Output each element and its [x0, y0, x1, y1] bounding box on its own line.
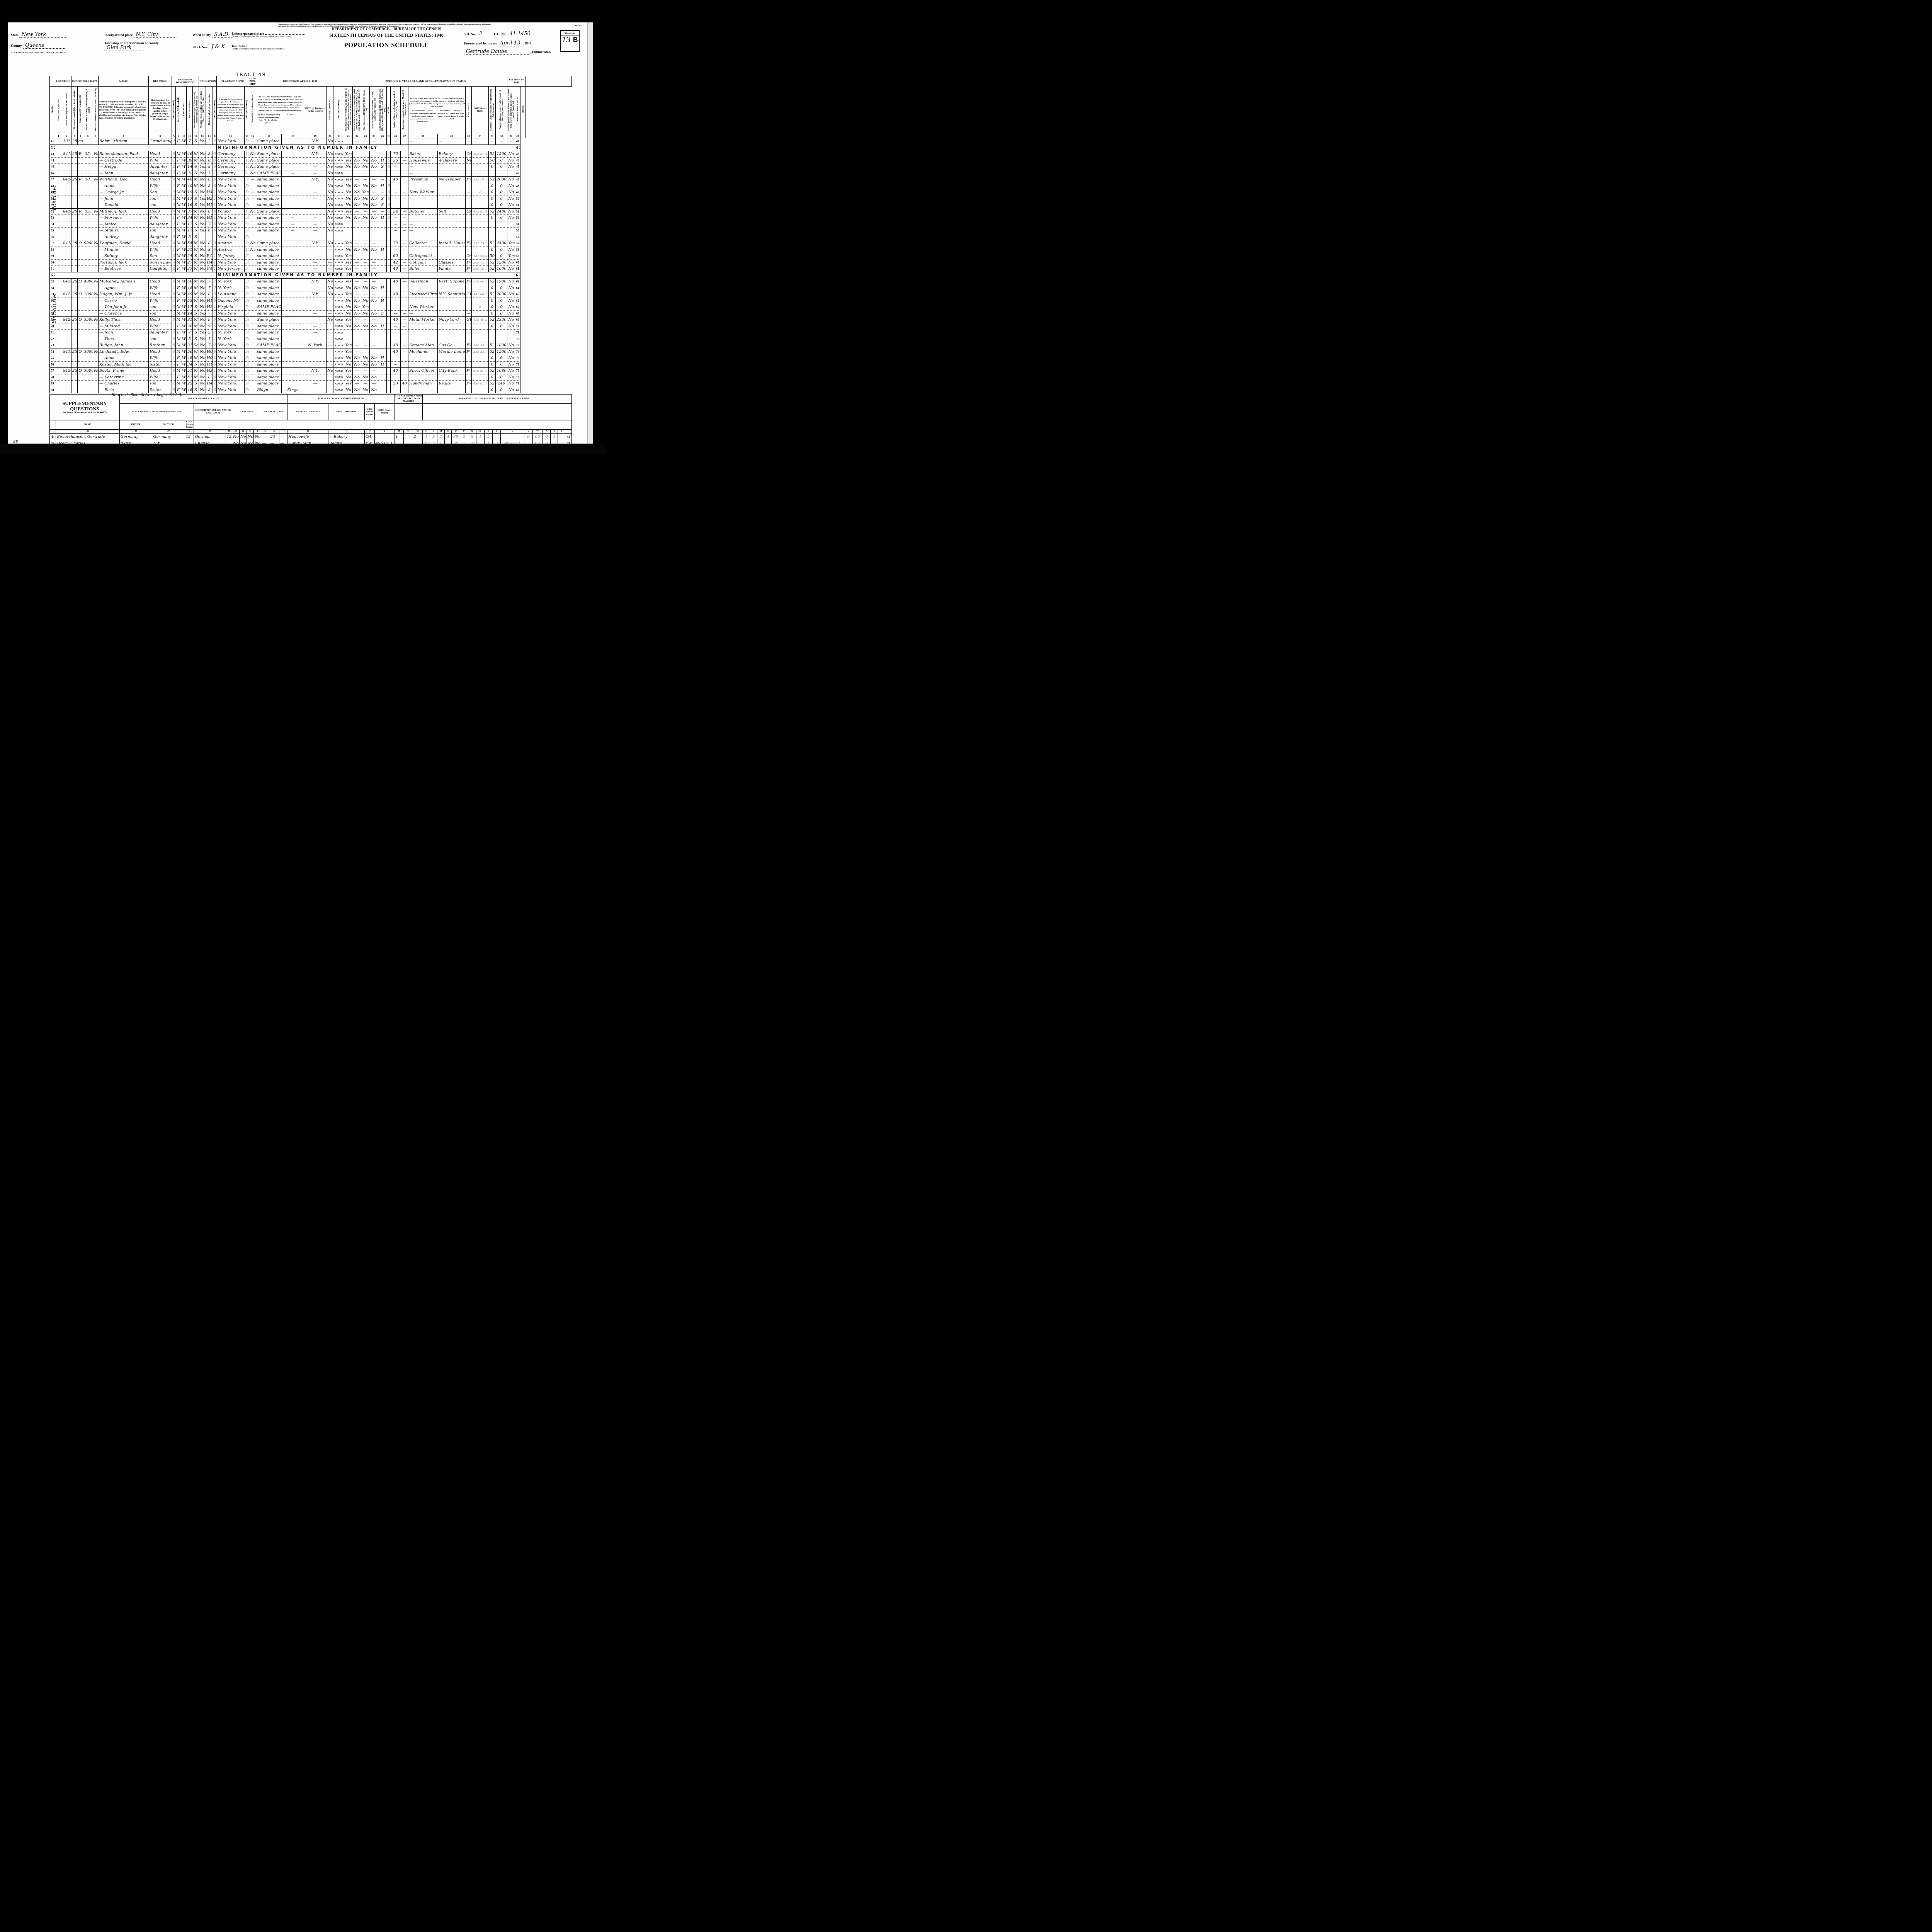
cell-street — [55, 330, 62, 336]
supp-cell-tongue: German — [194, 434, 226, 440]
cell-c: 56 — [245, 285, 249, 291]
cell-hh — [71, 323, 78, 330]
cell-street — [55, 374, 62, 381]
cell-res19 — [304, 317, 327, 323]
incorporated-place-value: N.Y. City — [134, 32, 177, 38]
cell-w23: No — [361, 355, 370, 362]
cell-street — [55, 177, 62, 183]
cell-mar: M — [193, 157, 199, 164]
line-number-right: 63 — [515, 279, 520, 285]
cell-w23 — [361, 330, 370, 336]
cell-inc: No — [507, 183, 515, 189]
cell-cls: PW — [466, 349, 472, 355]
cell-occ: Butcher — [408, 208, 438, 215]
cell-a: 0 — [172, 240, 176, 247]
cell-res19 — [304, 285, 327, 291]
cell-birth: Germany — [217, 157, 245, 164]
cell-farm: No — [93, 279, 99, 285]
cell-cit — [249, 317, 256, 323]
cell-w24: — — [370, 189, 378, 196]
office-use-cell: 1 — [476, 434, 484, 440]
cell-hh — [71, 202, 78, 209]
cell-res17: SAME PLACE — [256, 304, 282, 311]
township-value: Glen Park — [104, 45, 144, 51]
cell-occ — [408, 330, 438, 336]
line-number: 71 — [50, 330, 55, 336]
cell-own: O — [78, 279, 83, 285]
cell-own: O — [78, 317, 83, 323]
cell-sex: F — [176, 361, 181, 368]
cell-c: 12 — [245, 170, 249, 177]
cell-ind: + Bakery — [438, 157, 466, 164]
cell-rel: son — [149, 304, 172, 311]
cell-res18 — [282, 202, 304, 209]
cell-house: 8424 — [62, 291, 71, 298]
cell-ind: Glasses — [438, 259, 466, 266]
cell-e — [387, 381, 391, 387]
cell-sch: No — [199, 279, 206, 285]
cell-occ — [408, 387, 438, 393]
cell-c: 15 — [245, 240, 249, 247]
cell-occ: Mechanic — [408, 349, 438, 355]
cell-wage: 1800 — [496, 342, 507, 349]
line-number-right: 79 — [515, 381, 520, 387]
supplementary-title: SUPPLEMENTARY QUESTIONS — [50, 401, 119, 412]
cell-own — [78, 355, 83, 362]
cell-street — [55, 170, 62, 177]
cell-cit — [249, 221, 256, 228]
supp-cell-h: 12 — [226, 434, 232, 440]
column-number: 16 — [249, 134, 256, 138]
line-number-right: 80 — [515, 387, 520, 393]
cell-val: 3000 — [83, 349, 93, 355]
cell-val — [83, 336, 93, 342]
cell-rel: Wife — [149, 285, 172, 291]
cell-occ: — — [408, 138, 438, 145]
line-number: 63 — [50, 279, 55, 285]
person-row: 438412251R35.NoBeuershausen, PaulHead0MW… — [50, 151, 572, 158]
cell-b: 9 — [213, 221, 217, 228]
cell-inc: No — [507, 349, 515, 355]
cell-sex: M — [176, 253, 181, 260]
cell-sex: F — [176, 247, 181, 253]
cell-farm — [93, 138, 99, 145]
cell-rel: Wife — [149, 323, 172, 330]
cell-grade: 8 — [206, 157, 213, 164]
cell-res19 — [304, 349, 327, 355]
cell-res18 — [282, 196, 304, 202]
cell-sch: No — [199, 253, 206, 260]
cell-sex: F — [176, 157, 181, 164]
cell-w25: — — [378, 177, 387, 183]
cell-own — [78, 285, 83, 291]
cell-e — [387, 310, 391, 317]
cell-farm — [93, 304, 99, 311]
cell-race: W — [181, 310, 187, 317]
cell-age: 37 — [187, 208, 193, 215]
person-row: 54— Janicedaughter2FW12SYes79New York56s… — [50, 221, 572, 228]
cell-res19: — — [304, 298, 327, 304]
cell-hh: 258 — [71, 349, 78, 355]
supp-cell-s43: 24 — [269, 434, 279, 440]
cell-name: — Wm John Jr. — [99, 304, 149, 311]
cell-f — [472, 234, 489, 240]
cell-val — [83, 247, 93, 253]
population-table: LOCATION HOUSEHOLD DATA NAME RELATION PE… — [49, 76, 572, 393]
cell-mar: S — [193, 202, 199, 209]
cell-inc: No — [507, 215, 515, 221]
cell-occ: Licensed Fireman — [408, 291, 438, 298]
cell-hh — [71, 228, 78, 234]
cell-sch: Yes — [199, 202, 206, 209]
cell-res19: — — [304, 228, 327, 234]
line-number: 79 — [50, 381, 55, 387]
cell-sch: No — [199, 317, 206, 323]
cell-w21: No — [344, 164, 353, 170]
supp-column-number: V — [524, 430, 532, 434]
cell-f: 6 — [472, 304, 489, 311]
cell-b: 12 — [213, 259, 217, 266]
cell-grade: 1 — [206, 336, 213, 342]
cell-farm — [93, 221, 99, 228]
cell-a: 5 — [172, 387, 176, 393]
cell-ind — [438, 310, 466, 317]
cell-grade: 7 — [206, 285, 213, 291]
cell-age: 19 — [187, 189, 193, 196]
cell-own — [78, 157, 83, 164]
person-row: 67— Wm John Jr.son2MW17SNoH210Virginia74… — [50, 304, 572, 311]
cell-w27: — — [401, 208, 408, 215]
supp-cell-m50: 2 — [413, 434, 423, 440]
line-number-right: 42 — [515, 145, 520, 151]
cell-b: 9 — [213, 361, 217, 368]
cell-name: — Clarence — [99, 310, 149, 317]
cell-occ: — — [408, 234, 438, 240]
cell-rel: daughter — [149, 330, 172, 336]
cell-cls: PW — [466, 279, 472, 285]
cell-street — [55, 323, 62, 330]
cell-sch: No — [199, 247, 206, 253]
cell-w22: — — [353, 349, 361, 355]
cell-w23: No — [361, 285, 370, 291]
cell-name: — Katherine — [99, 374, 149, 381]
cell-cls — [466, 183, 472, 189]
cell-res19: — — [304, 196, 327, 202]
cell-w27: — — [401, 355, 408, 362]
cell-birth: New York — [217, 196, 245, 202]
cell-h26: — — [391, 196, 401, 202]
cell-house — [62, 221, 71, 228]
cell-d: XOXO — [333, 342, 344, 349]
cell-sex: M — [176, 381, 181, 387]
cell-occ: — — [408, 196, 438, 202]
cell-ind — [438, 215, 466, 221]
cell-wk: 52 — [489, 349, 496, 355]
cell-res20: No — [327, 177, 333, 183]
person-row: 44— GertrudeWife1FW39MNo88Germany12NaSam… — [50, 157, 572, 164]
line-number: 61 — [50, 266, 55, 272]
cell-sex: M — [176, 336, 181, 342]
cell-rel: Wife — [149, 298, 172, 304]
cell-w21: Yes — [344, 259, 353, 266]
cell-age: 53 — [187, 298, 193, 304]
cell-race: W — [181, 349, 187, 355]
cell-birth: Germany — [217, 170, 245, 177]
cell-mar: M — [193, 298, 199, 304]
cell-w25 — [378, 253, 387, 260]
cell-val — [83, 202, 93, 209]
cell-w24: No — [370, 374, 378, 381]
person-row: 58— MinnieWife1FW51MNo88Austria15Nasame … — [50, 247, 572, 253]
cell-cls — [466, 285, 472, 291]
cell-inc: No — [507, 342, 515, 349]
cell-cls — [466, 228, 472, 234]
cell-name: Mulcahey, James T. — [99, 279, 149, 285]
cell-res18 — [282, 285, 304, 291]
cell-sex: M — [176, 240, 181, 247]
cell-res18: Kings — [282, 387, 304, 393]
line-number: 55 — [50, 228, 55, 234]
cell-h26 — [391, 170, 401, 177]
cell-wage: 1500 — [496, 151, 507, 158]
cell-w21: Yes — [344, 349, 353, 355]
cell-b: 13 — [213, 368, 217, 374]
cell-res19 — [304, 183, 327, 189]
cell-sex: M — [176, 279, 181, 285]
cell-age: 25 — [187, 381, 193, 387]
cell-b: 8 — [213, 183, 217, 189]
cell-w24: No — [370, 215, 378, 221]
column-number: 13 — [199, 134, 206, 138]
cell-own — [78, 387, 83, 393]
cell-w27: — — [401, 317, 408, 323]
office-use-cell: 8 — [430, 434, 437, 440]
cell-res19: N.Y. — [304, 291, 327, 298]
cell-ind: — — [438, 138, 466, 145]
cell-res17: Same place — [256, 240, 282, 247]
cell-w25 — [378, 170, 387, 177]
cell-sex: M — [176, 228, 181, 234]
cell-w24: — — [370, 291, 378, 298]
cell-race: W — [181, 170, 187, 177]
cell-f — [472, 285, 489, 291]
line-number-right: 65 — [515, 291, 520, 298]
cell-a: 2 — [172, 234, 176, 240]
cell-a: 1 — [172, 285, 176, 291]
cell-h26 — [391, 374, 401, 381]
cell-inc: Yes — [507, 253, 515, 260]
cell-cit: Na — [249, 247, 256, 253]
column-number: D — [333, 134, 344, 138]
cell-mar: S — [193, 164, 199, 170]
column-number: 10 — [181, 134, 187, 138]
cell-w27: — — [401, 240, 408, 247]
cell-res20: No — [327, 291, 333, 298]
cell-mar: M — [193, 323, 199, 330]
cell-house: 8420 — [62, 279, 71, 285]
cell-w25: S — [378, 310, 387, 317]
cell-cit — [249, 342, 256, 349]
cell-own: R — [78, 208, 83, 215]
person-row: 748418258O3000NoLindstadt, Edw.Head0MW56… — [50, 349, 572, 355]
cell-rel: Head — [149, 368, 172, 374]
cell-res17: Same place — [256, 164, 282, 170]
column-number: 11 — [187, 134, 193, 138]
person-row: 59— SidneySon2MW24SNoE414N. Jersey57same… — [50, 253, 572, 260]
cell-grade: 8 — [206, 291, 213, 298]
cell-age: 16 — [187, 202, 193, 209]
cell-val — [83, 361, 93, 368]
cell-h26: 40 — [391, 368, 401, 374]
cell-race: W — [181, 234, 187, 240]
cell-w21: — — [344, 336, 353, 342]
cell-age: 51 — [187, 368, 193, 374]
cell-inc: No — [507, 361, 515, 368]
cell-w24: — — [370, 381, 378, 387]
cell-w25 — [378, 317, 387, 323]
cell-f: 278 60 1 — [472, 279, 489, 285]
cell-ind: City Bank — [438, 368, 466, 374]
cell-ind — [438, 196, 466, 202]
line-number: 72 — [50, 336, 55, 342]
cell-inc: Yes — [507, 240, 515, 247]
cell-race: W — [181, 202, 187, 209]
cell-w21: Yes — [344, 368, 353, 374]
cell-ind: N.Y. Sanitation — [438, 291, 466, 298]
cell-c: 56 — [245, 349, 249, 355]
cell-name: Kaufman, David — [99, 240, 149, 247]
cell-age: 49 — [187, 291, 193, 298]
cell-ind — [438, 253, 466, 260]
cell-w25: H — [378, 285, 387, 291]
cell-res20: No — [327, 240, 333, 247]
cell-a: 0 — [172, 151, 176, 158]
ward-value: S.A.D — [212, 32, 232, 38]
supp-column-number: U — [501, 430, 524, 434]
cell-res19: — — [304, 304, 327, 311]
cell-d: XOXO — [333, 196, 344, 202]
cell-val — [83, 266, 93, 272]
cell-d: XOXO — [333, 183, 344, 189]
cell-f: 386 72 1 — [472, 259, 489, 266]
cell-sex: M — [176, 342, 181, 349]
cell-mar: M — [193, 349, 199, 355]
cell-res18 — [282, 330, 304, 336]
cell-b: 9 — [213, 298, 217, 304]
cell-val — [83, 310, 93, 317]
cell-sex: M — [176, 202, 181, 209]
cell-grade: 8 — [206, 387, 213, 393]
cell-sch: No — [199, 342, 206, 349]
line-number-right: 70 — [515, 323, 520, 330]
cell-birth: N. York — [217, 279, 245, 285]
cell-ind — [438, 361, 466, 368]
cell-house — [62, 215, 71, 221]
cell-mar: M — [193, 317, 199, 323]
cell-wage: 0 — [496, 215, 507, 221]
cell-age: 14 — [187, 164, 193, 170]
cell-w24: No — [370, 285, 378, 291]
cell-res17: Same place — [256, 317, 282, 323]
cell-cls — [466, 170, 472, 177]
cell-rel: Wife — [149, 183, 172, 189]
cell-sex: M — [176, 189, 181, 196]
cell-grade: H1 — [206, 298, 213, 304]
cell-farm — [93, 157, 99, 164]
cell-rel: Head — [149, 349, 172, 355]
cell-ind — [438, 221, 466, 228]
line-number-right: 64 — [515, 285, 520, 291]
cell-own — [78, 247, 83, 253]
cell-street — [55, 247, 62, 253]
cell-house — [62, 342, 71, 349]
cell-name: — Janice — [99, 221, 149, 228]
cell-hh — [71, 221, 78, 228]
cell-b: 8 — [213, 157, 217, 164]
cell-w25: H — [378, 247, 387, 253]
cell-b: 8 — [213, 208, 217, 215]
cell-w24: — — [370, 368, 378, 374]
cell-rel: Head — [149, 208, 172, 215]
cell-res19: — — [304, 202, 327, 209]
line-number-right: 53 — [515, 215, 520, 221]
person-row: 80— ElsieSister5FW46SNo88New York56Bklyn… — [50, 387, 572, 393]
cell-res20: No — [327, 285, 333, 291]
cell-w25 — [378, 374, 387, 381]
cell-res20: — — [327, 304, 333, 311]
cell-a: 1 — [172, 247, 176, 253]
group-personal-description: PERSONAL DESCRIPTION — [172, 76, 199, 87]
cell-d — [333, 234, 344, 240]
cell-val — [83, 342, 93, 349]
cell-grade: H2 — [206, 196, 213, 202]
confidentiality-notice: Your report is required by Act of Congre… — [278, 23, 495, 27]
cell-inc: No — [507, 279, 515, 285]
cell-own — [78, 259, 83, 266]
cell-street — [55, 253, 62, 260]
cell-age: 31 — [187, 317, 193, 323]
cell-wk: 0 — [489, 202, 496, 209]
line-number: 73 — [50, 342, 55, 349]
cell-f — [472, 355, 489, 362]
cell-farm — [93, 196, 99, 202]
cell-name: — Thos. — [99, 336, 149, 342]
supp-column-number: 38 — [194, 430, 226, 434]
cell-res18 — [282, 374, 304, 381]
cell-w27: — — [401, 279, 408, 285]
person-row: 79— Charlesson2MW25SNoH412New York56same… — [50, 381, 572, 387]
ed-value: 41-1450 — [507, 31, 533, 37]
cell-grade: 8 — [206, 164, 213, 170]
form-code: 16-282D — [575, 25, 583, 27]
cell-d: XOXO — [333, 189, 344, 196]
cell-h26: 40 — [391, 177, 401, 183]
cell-name: — Mildred — [99, 323, 149, 330]
cell-birth: New York — [217, 368, 245, 374]
cell-birth: New York — [217, 355, 245, 362]
state-field: State New York — [11, 32, 66, 38]
cell-w22: No — [353, 387, 361, 393]
cell-cls — [466, 330, 472, 336]
state-value: New York — [19, 32, 66, 38]
cell-occ: Metal Worker — [408, 317, 438, 323]
cell-e — [387, 228, 391, 234]
cell-res19 — [304, 247, 327, 253]
cell-own — [78, 253, 83, 260]
cell-res18 — [282, 298, 304, 304]
cell-d: XOXO — [333, 285, 344, 291]
cell-w22 — [353, 228, 361, 234]
